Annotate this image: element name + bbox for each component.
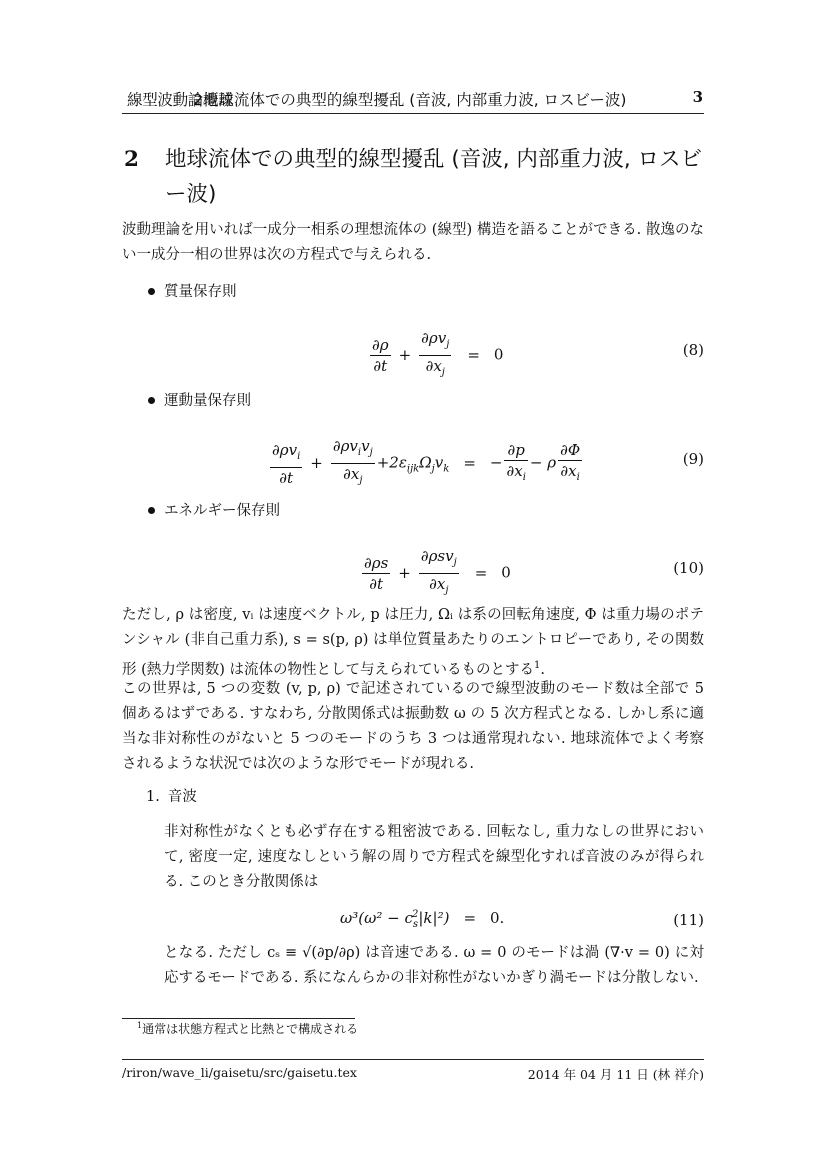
section-heading: 2 地球流体での典型的線型擾乱 (音波, 内部重力波, ロスビー波)	[122, 142, 712, 212]
running-head: 線型波動論概説 2地球流体での典型的線型擾乱 (音波, 内部重力波, ロスビー波…	[127, 88, 703, 110]
bullet-label: 運動量保存則	[164, 393, 251, 409]
footer-rule	[122, 1059, 704, 1060]
definitions-paragraph: ただし, ρ は密度, vᵢ は速度ベクトル, p は圧力, Ωᵢ は系の回転角…	[122, 603, 704, 683]
bullet-mass-conservation: 質量保存則	[148, 280, 237, 301]
equation-number-8: (8)	[683, 341, 704, 359]
equation-number-9: (9)	[683, 450, 704, 468]
equation-number-10: (10)	[673, 559, 704, 577]
equation-9: ∂ρvi∂t+∂ρvivj∂xj+2εijkΩjvk=−∂p∂xi− ρ∂Φ∂x…	[268, 436, 584, 491]
bullet-icon	[148, 507, 155, 514]
equation-8: ∂ρ∂t+∂ρvj∂xj=0	[368, 328, 503, 383]
document-page: 線型波動論概説 2地球流体での典型的線型擾乱 (音波, 内部重力波, ロスビー波…	[0, 0, 826, 1169]
bullet-icon	[148, 397, 155, 404]
bullet-energy-conservation: エネルギー保存則	[148, 499, 280, 520]
footer-source-path: /riron/wave_li/gaisetu/src/gaisetu.tex	[122, 1065, 357, 1080]
page-number: 3	[693, 88, 703, 106]
section-title: 地球流体での典型的線型擾乱 (音波, 内部重力波, ロスビー波)	[165, 142, 712, 212]
intro-paragraph: 波動理論を用いれば一成分一相系の理想流体の (線型) 構造を語ることができる. …	[122, 218, 704, 268]
sound-wave-paragraph-2: となる. ただし cₛ ≡ √(∂p/∂ρ) は音速である. ω = 0 のモー…	[164, 941, 704, 991]
bullet-label: 質量保存則	[164, 284, 237, 300]
footnote-rule	[122, 1018, 355, 1019]
enum-item-sound-wave: 1.音波	[146, 785, 197, 806]
equation-number-11: (11)	[673, 911, 704, 929]
equation-11: ω³(ω² − cs2|k|²)=0.	[340, 909, 504, 930]
footer-date-author: 2014 年 04 月 11 日 (林 祥介)	[528, 1065, 704, 1083]
bullet-momentum-conservation: 運動量保存則	[148, 389, 251, 410]
bullet-label: エネルギー保存則	[164, 503, 280, 519]
equation-10: ∂ρs∂t+∂ρsvj∂xj=0	[360, 546, 511, 601]
bullet-icon	[148, 288, 155, 295]
footnote: 1通常は状態方程式と比熱とで構成される	[137, 1020, 358, 1037]
modes-paragraph: この世界は, 5 つの変数 (v, p, ρ) で記述されているので線型波動のモ…	[122, 677, 704, 777]
sound-wave-paragraph-1: 非対称性がなくとも必ず存在する粗密波である. 回転なし, 重力なしの世界において…	[164, 820, 704, 895]
running-head-section-title: 2地球流体での典型的線型擾乱 (音波, 内部重力波, ロスビー波)	[193, 88, 626, 110]
section-number: 2	[124, 142, 139, 177]
header-rule	[122, 113, 704, 114]
